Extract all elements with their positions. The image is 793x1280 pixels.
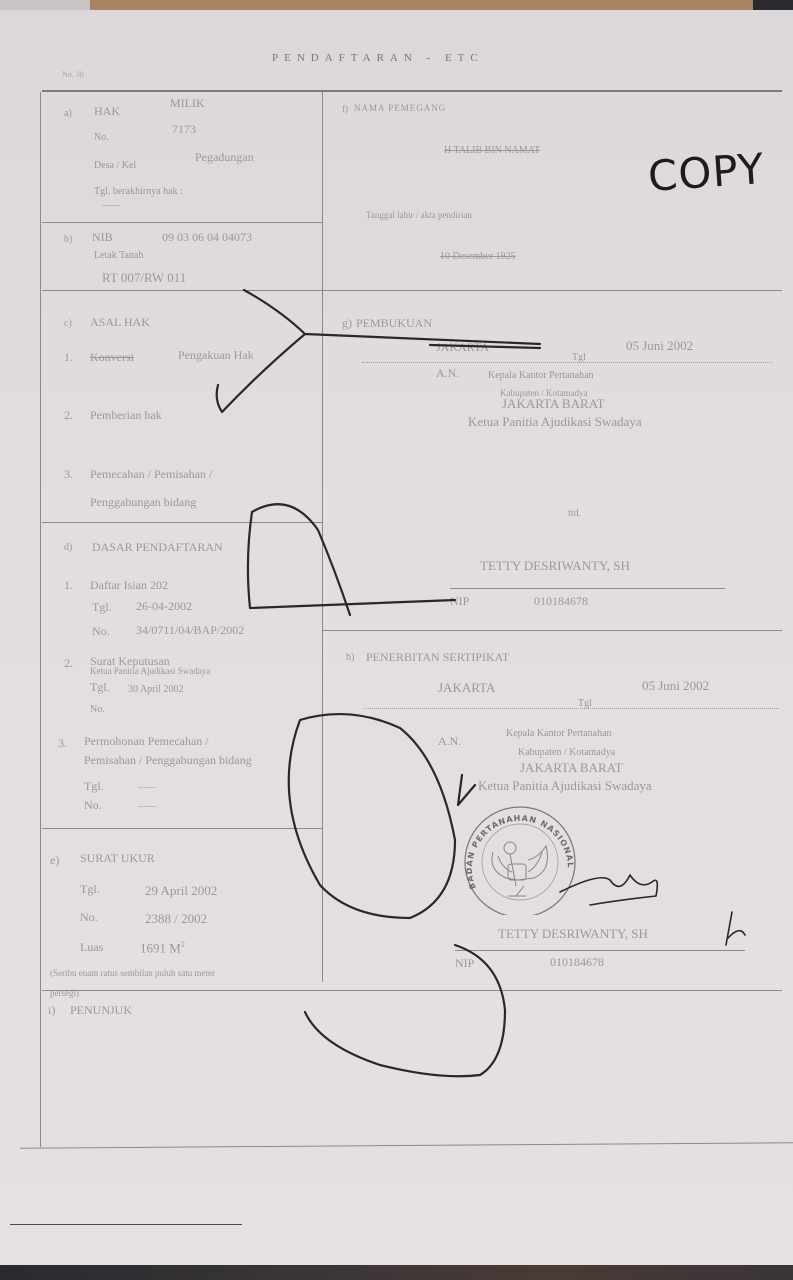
pembukuan-an-label: A.N. bbox=[436, 366, 459, 381]
penerbitan-an-label: A.N. bbox=[438, 734, 461, 749]
document-number: No. 30 bbox=[62, 70, 84, 79]
hak-value: MILIK bbox=[170, 96, 205, 111]
penerbitan-date-dotted-line bbox=[364, 708, 779, 709]
penerbitan-nip-value: 010184678 bbox=[550, 955, 604, 970]
dasar-item-1-tgl-value: 26-04-2002 bbox=[136, 599, 192, 614]
section-d-label: d) bbox=[64, 542, 72, 553]
nib-value: 09 03 06 04 04073 bbox=[162, 230, 252, 245]
penerbitan-office-line3: JAKARTA BARAT bbox=[520, 760, 623, 776]
penerbitan-signature-line bbox=[455, 950, 745, 951]
asal-hak-item-2-num: 2. bbox=[64, 408, 73, 423]
row-divider-bc bbox=[42, 290, 782, 291]
document-title: PENDAFTARAN - ETC bbox=[272, 52, 484, 64]
asal-hak-heading: ASAL HAK bbox=[90, 315, 150, 330]
section-i-label: i) bbox=[48, 1003, 55, 1018]
asal-hak-item-3-num: 3. bbox=[64, 467, 73, 482]
penunjuk-heading: PENUNJUK bbox=[70, 1003, 132, 1018]
background-floor bbox=[0, 1265, 793, 1280]
nib-label: NIB bbox=[92, 230, 113, 245]
surat-ukur-luas-words2: persegi) bbox=[50, 988, 79, 998]
footer-line bbox=[10, 1224, 242, 1225]
pembukuan-office-line1: Kepala Kantor Pertanahan bbox=[488, 370, 594, 381]
asal-hak-item-3-label: Pemecahan / Pemisahan / bbox=[90, 467, 212, 482]
penerbitan-signer: TETTY DESRIWANTY, SH bbox=[498, 926, 648, 942]
dasar-item-3-tgl-value: —— bbox=[138, 782, 156, 792]
pembukuan-city: JAKARTA bbox=[436, 340, 489, 355]
pembukuan-heading: PEMBUKUAN bbox=[356, 316, 432, 331]
pembukuan-date-dotted-line bbox=[362, 362, 772, 363]
dasar-item-2-sublabel: Ketua Panitia Ajudikasi Swadaya bbox=[90, 666, 210, 676]
pembukuan-signer: TETTY DESRIWANTY, SH bbox=[480, 558, 630, 574]
dasar-item-2-tgl-value: 30 April 2002 bbox=[128, 684, 184, 695]
surat-ukur-tgl-value: 29 April 2002 bbox=[145, 883, 217, 899]
surat-ukur-luas-words: (Seribu enam ratus sembilan puluh satu m… bbox=[50, 968, 215, 978]
section-c-label: c) bbox=[64, 318, 72, 329]
section-g-label: g) bbox=[342, 316, 352, 331]
section-a-label: a) bbox=[64, 108, 72, 119]
luas-number: 1691 M bbox=[140, 940, 181, 955]
asal-hak-item-1-value: Pengakuan Hak bbox=[178, 348, 254, 363]
section-e-label: e) bbox=[50, 853, 59, 868]
section-b-label: b) bbox=[64, 234, 72, 245]
penerbitan-office-line1: Kepala Kantor Pertanahan bbox=[506, 728, 612, 739]
pembukuan-signature-line bbox=[450, 588, 725, 589]
birth-date-value: 10 Desember 1925 bbox=[440, 251, 516, 262]
pembukuan-office-line4: Ketua Panitia Ajudikasi Swadaya bbox=[468, 414, 642, 430]
header-rule bbox=[42, 90, 782, 92]
dasar-item-3-label: Permohonan Pemecahan / bbox=[84, 734, 209, 749]
penerbitan-office-line4: Ketua Panitia Ajudikasi Swadaya bbox=[478, 778, 652, 794]
hak-label: HAK bbox=[94, 104, 120, 119]
dasar-item-2-tgl-label: Tgl. bbox=[90, 680, 110, 695]
left-border bbox=[40, 92, 41, 1147]
no-value: 7173 bbox=[172, 122, 196, 137]
dasar-item-2-no-label: No. bbox=[90, 704, 105, 715]
penerbitan-nip-label: NIP bbox=[455, 956, 474, 971]
garuda-emblem-icon bbox=[492, 842, 548, 896]
handwritten-copy-mark: COPY bbox=[646, 144, 766, 201]
svg-text:BADAN PERTANAHAN NASIONAL: BADAN PERTANAHAN NASIONAL bbox=[465, 814, 575, 891]
pembukuan-nip-label: NIP bbox=[450, 594, 469, 609]
pembukuan-date: 05 Juni 2002 bbox=[626, 338, 693, 354]
dasar-item-1-num: 1. bbox=[64, 578, 73, 593]
asal-hak-item-3-label2: Penggabungan bidang bbox=[90, 495, 196, 510]
asal-hak-item-2-label: Pemberian hak bbox=[90, 408, 162, 423]
dasar-item-3-no-label: No. bbox=[84, 798, 102, 813]
national-land-agency-stamp: BADAN PERTANAHAN NASIONAL bbox=[458, 800, 583, 915]
row-divider-gh bbox=[322, 630, 782, 631]
pembukuan-ttd: ttd. bbox=[568, 508, 581, 519]
row-divider-ab bbox=[42, 222, 322, 223]
pembukuan-nip-value: 010184678 bbox=[534, 594, 588, 609]
surat-ukur-luas-label: Luas bbox=[80, 940, 103, 955]
birth-date-label: Tanggal lahir / akta pendirian bbox=[366, 210, 472, 220]
dasar-item-3-label2: Pemisahan / Penggabungan bidang bbox=[84, 753, 252, 768]
dasar-item-1-no-label: No. bbox=[92, 624, 110, 639]
row-divider-ei bbox=[42, 990, 782, 991]
holder-name-value: H TALIB BIN NAMAT bbox=[444, 145, 540, 156]
holder-name-heading: NAMA PEMEGANG bbox=[354, 103, 446, 113]
dasar-pendaftaran-heading: DASAR PENDAFTARAN bbox=[92, 540, 223, 555]
row-divider-cd bbox=[42, 522, 322, 523]
dasar-item-2-num: 2. bbox=[64, 656, 73, 671]
surat-ukur-heading: SURAT UKUR bbox=[80, 851, 155, 866]
penerbitan-office-line2: Kabupaten / Kotamadya bbox=[518, 747, 615, 758]
hak-expiry-value: —— bbox=[102, 200, 120, 210]
section-h-label: h) bbox=[346, 652, 354, 663]
luas-unit-sup: 2 bbox=[181, 940, 185, 949]
dasar-item-3-no-value: —— bbox=[138, 801, 156, 811]
penerbitan-heading: PENERBITAN SERTIPIKAT bbox=[366, 650, 509, 665]
dasar-item-1-label: Daftar Isian 202 bbox=[90, 578, 168, 593]
hak-expiry-label: Tgl. berakhirnya hak : bbox=[94, 186, 183, 197]
no-label: No. bbox=[94, 132, 109, 143]
desa-value: Pegadungan bbox=[195, 150, 254, 165]
asal-hak-item-1-num: 1. bbox=[64, 350, 73, 365]
dasar-item-3-tgl-label: Tgl. bbox=[84, 779, 104, 794]
dasar-item-3-num: 3. bbox=[58, 736, 67, 751]
letak-tanah-value: RT 007/RW 011 bbox=[102, 270, 186, 286]
pembukuan-tgl-label: Tgl bbox=[572, 352, 586, 363]
surat-ukur-no-label: No. bbox=[80, 910, 98, 925]
desa-label: Desa / Kel bbox=[94, 160, 136, 171]
pembukuan-office-line3: JAKARTA BARAT bbox=[502, 396, 605, 412]
dasar-item-1-no-value: 34/0711/04/BAP/2002 bbox=[136, 623, 244, 638]
row-divider-de bbox=[42, 828, 322, 829]
penerbitan-tgl-label: Tgl bbox=[578, 698, 592, 709]
section-f-label: f) bbox=[342, 104, 348, 114]
asal-hak-item-1-label: Konversi bbox=[90, 350, 134, 365]
penerbitan-city: JAKARTA bbox=[438, 680, 495, 696]
surat-ukur-tgl-label: Tgl. bbox=[80, 882, 100, 897]
penerbitan-date: 05 Juni 2002 bbox=[642, 678, 709, 694]
surat-ukur-no-value: 2388 / 2002 bbox=[145, 911, 207, 927]
column-divider bbox=[322, 92, 323, 982]
letak-tanah-label: Letak Tanah bbox=[94, 250, 143, 261]
stamp-text: BADAN PERTANAHAN NASIONAL bbox=[465, 814, 575, 891]
dasar-item-1-tgl-label: Tgl. bbox=[92, 600, 112, 615]
surat-ukur-luas-value: 1691 M2 bbox=[140, 940, 185, 956]
